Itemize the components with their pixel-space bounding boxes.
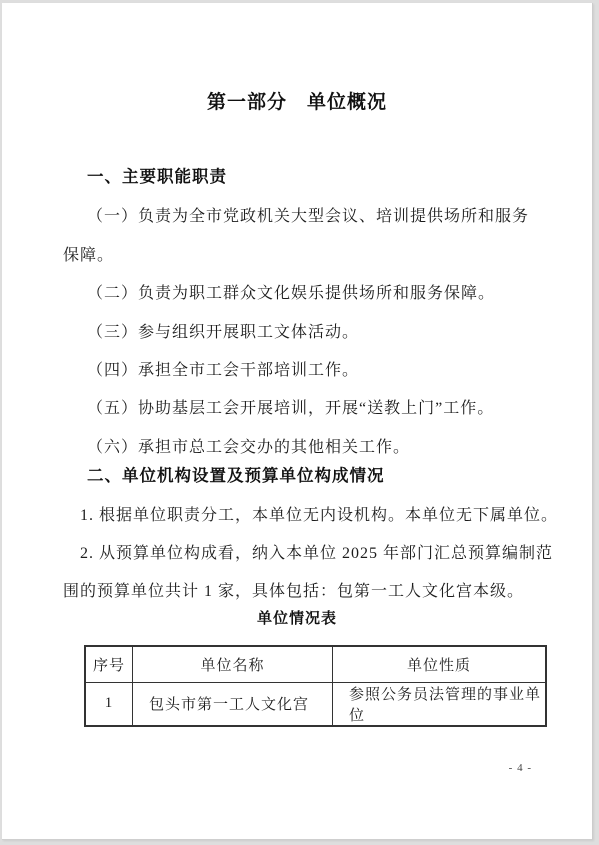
cell-index: 1 (85, 682, 133, 726)
document-viewer: 第一部分 单位概况 一、主要职能职责 （一）负责为全市党政机关大型会议、培训提供… (0, 0, 599, 845)
column-header-name: 单位名称 (133, 646, 333, 682)
units-table: 序号 单位名称 单位性质 1 包头市第一工人文化宫 参照公务员法管理的事业单位 (84, 645, 547, 727)
section-heading-duties: 一、主要职能职责 (63, 163, 599, 187)
duty-item-4: （四）承担全市工会干部培训工作。 (63, 357, 599, 380)
column-header-index: 序号 (85, 646, 133, 682)
duty-item-3: （三）参与组织开展职工文体活动。 (63, 319, 599, 342)
structure-para-1: 1. 根据单位职责分工，本单位无内设机构。本单位无下属单位。 (63, 502, 599, 525)
structure-para-2-line-2: 围的预算单位共计 1 家，具体包括：包第一工人文化宫本级。 (63, 578, 583, 601)
duty-item-1-line-2: 保障。 (63, 242, 583, 265)
table-header-row: 序号 单位名称 单位性质 (85, 646, 546, 682)
duty-item-2: （二）负责为职工群众文化娱乐提供场所和服务保障。 (63, 280, 599, 303)
duty-item-6: （六）承担市总工会交办的其他相关工作。 (63, 434, 599, 457)
page-number: - 4 - (509, 762, 532, 774)
column-header-nature: 单位性质 (333, 646, 547, 682)
duty-item-1-line-1: （一）负责为全市党政机关大型会议、培训提供场所和服务 (63, 203, 599, 226)
duty-item-5: （五）协助基层工会开展培训，开展“送教上门”工作。 (63, 395, 599, 418)
cell-name: 包头市第一工人文化宫 (133, 682, 333, 726)
section-heading-structure: 二、单位机构设置及预算单位构成情况 (63, 462, 599, 486)
doc-title: 第一部分 单位概况 (2, 87, 592, 114)
cell-nature: 参照公务员法管理的事业单位 (333, 682, 547, 726)
table-title: 单位情况表 (2, 607, 592, 628)
structure-para-2-line-1: 2. 从预算单位构成看，纳入本单位 2025 年部门汇总预算编制范 (63, 540, 599, 563)
table-row: 1 包头市第一工人文化宫 参照公务员法管理的事业单位 (85, 682, 546, 726)
document-page: 第一部分 单位概况 一、主要职能职责 （一）负责为全市党政机关大型会议、培训提供… (2, 3, 593, 840)
